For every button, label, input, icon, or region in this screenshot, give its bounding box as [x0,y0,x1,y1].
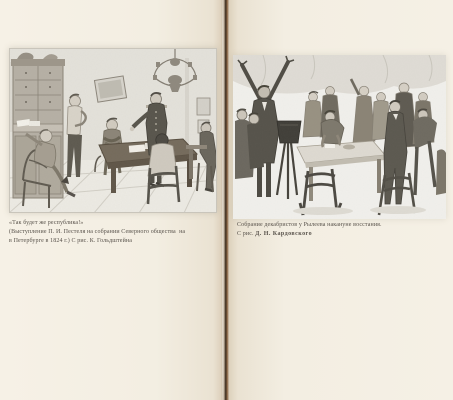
credit-prefix: С рис. [237,231,254,237]
ryleev-meeting-drawing [233,55,446,219]
right-illustration [233,55,446,219]
left-caption-title: «Так будет же республика!» [9,219,219,228]
book-spread: «Так будет же республика!» (Выступление … [0,0,453,400]
left-caption-line3: в Петербурге в 1824 г.) С рис. К. Гольдш… [9,237,219,246]
pestel-meeting-drawing [9,48,217,213]
right-page: Собрание декабристов у Рылеева накануне … [229,0,453,400]
right-caption-title: Собрание декабристов у Рылеева накануне … [237,221,447,230]
left-caption-line2: (Выступление П. И. Пестеля на собрании С… [9,228,219,237]
right-caption-credit: С рис. Д. Н. Кардовского [237,230,447,239]
credit-artist-name: Д. Н. Кардовского [255,231,312,237]
left-illustration [9,48,217,213]
left-page: «Так будет же республика!» (Выступление … [0,0,222,400]
right-caption: Собрание декабристов у Рылеева накануне … [237,221,447,239]
left-caption: «Так будет же республика!» (Выступление … [9,219,219,246]
